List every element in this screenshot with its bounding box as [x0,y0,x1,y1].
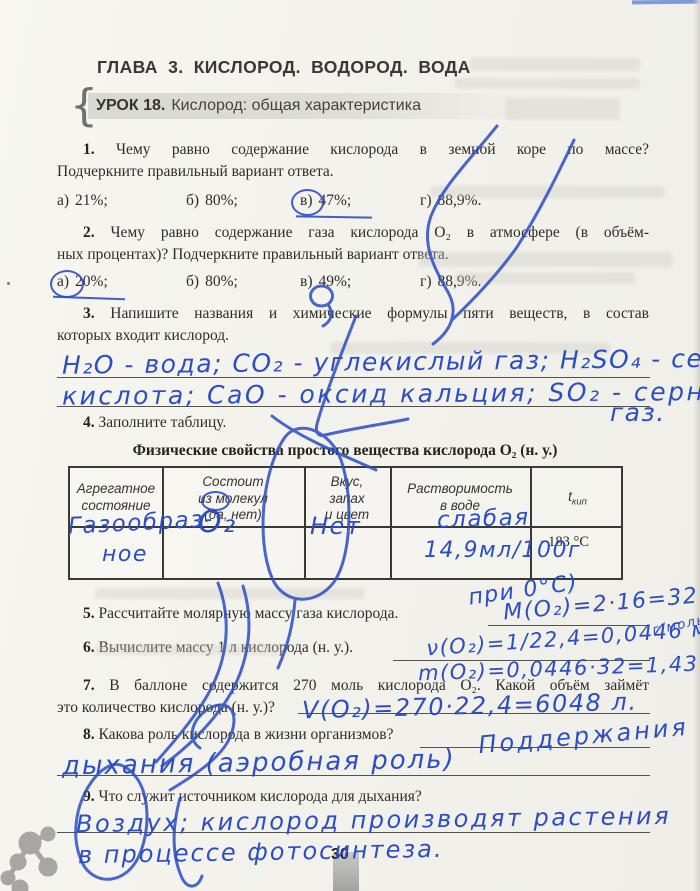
bleed-through [470,58,640,71]
pen-underline-q2-20 [53,296,125,301]
question-1-text-line1: Чему равно содержание кислорода в земной… [116,141,649,158]
question-3: 3. Напишите названия и химические формул… [57,303,649,347]
question-7-number: 7. [83,677,95,694]
q1-option-a: а)21%; [57,192,108,210]
bleed-through [455,272,635,284]
bleed-through [418,252,673,267]
lesson-title: Кислород: общая характеристика [171,97,421,114]
q1-option-b: б)80%; [186,192,238,210]
question-2-number: 2. [83,224,95,241]
table-title: Физические свойства простого вещества ки… [60,440,630,462]
scan-edge-artifact [632,0,700,4]
bleed-through [430,186,665,198]
question-5-text: Рассчитайте молярную массу газа кислород… [99,605,399,622]
question-3-number: 3. [83,305,95,322]
question-9: 9. Что служит источником кислорода для д… [57,786,422,808]
chapter-title: ГЛАВА 3. КИСЛОРОД. ВОДОРОД. ВОДА [97,57,471,78]
question-6-number: 6. [83,639,95,656]
question-5-number: 5. [83,605,95,622]
table-hw-state-2: ное [102,542,148,567]
q9-handwritten-answer-line2: в процессе фотосинтеза. [78,835,444,869]
q2-option-b: б)80%; [186,273,238,291]
page-edge-shadow [693,0,700,891]
bleed-through [95,645,285,655]
scan-speck [7,282,10,285]
table-hw-taste: Нет [310,512,361,540]
molecule-icon [0,818,80,891]
bleed-through [505,98,620,120]
question-1-text-line2: Подчеркните правильный вариант ответа. [57,161,649,183]
pen-circle-q2-option-a [50,270,84,298]
bleed-through [455,78,640,89]
q8-handwritten-answer-line1: Поддержания [477,713,690,759]
q3-handwritten-answer-line2: кислота; CaO - оксид кальция; SO₂ - серн… [62,376,700,410]
q3-handwritten-answer-line3: газ. [610,398,666,427]
question-2-text-line1: Чему равно содержание газа кислорода О₂ … [110,224,649,241]
question-8-text: Какова роль кислорода в жизни организмов… [99,726,394,743]
pen-circle-q1-option-v [291,189,324,216]
question-8: 8. Какова роль кислорода в жизни организ… [57,724,394,746]
q2-option-v: в)49%; [300,273,351,291]
question-1-number: 1. [83,141,95,158]
lesson-label: УРОК 18. [96,97,165,114]
question-4-number: 4. [83,414,95,431]
table-header-tboil: tкип [532,489,623,511]
question-4-text: Заполните таблицу. [99,414,227,431]
question-3-text-line1: Напишите названия и химические формулы п… [110,305,649,322]
question-8-number: 8. [83,726,95,743]
q3-handwritten-answer-line1: H₂O - вода; CO₂ - углекислый газ; H₂SO₄ … [62,343,700,379]
question-1: 1. Чему равно содержание кислорода в зем… [57,139,649,183]
question-4: 4. Заполните таблицу. [57,412,226,434]
lesson-heading: УРОК 18.Кислород: общая характеристика [96,97,421,115]
table-hw-solubility-1: слабая [437,504,530,533]
workbook-page: ГЛАВА 3. КИСЛОРОД. ВОДОРОД. ВОДА { УРОК … [0,0,700,891]
table-hw-solubility-2: 14,9мл/100г [424,538,581,563]
pen-underline-q1-47 [296,215,372,218]
question-5: 5. Рассчитайте молярную массу газа кисло… [57,603,398,625]
pen-circle-table-da [201,491,230,511]
question-9-number: 9. [83,788,95,805]
question-9-text: Что служит источником кислорода для дыха… [99,788,422,805]
bleed-through [95,588,365,599]
